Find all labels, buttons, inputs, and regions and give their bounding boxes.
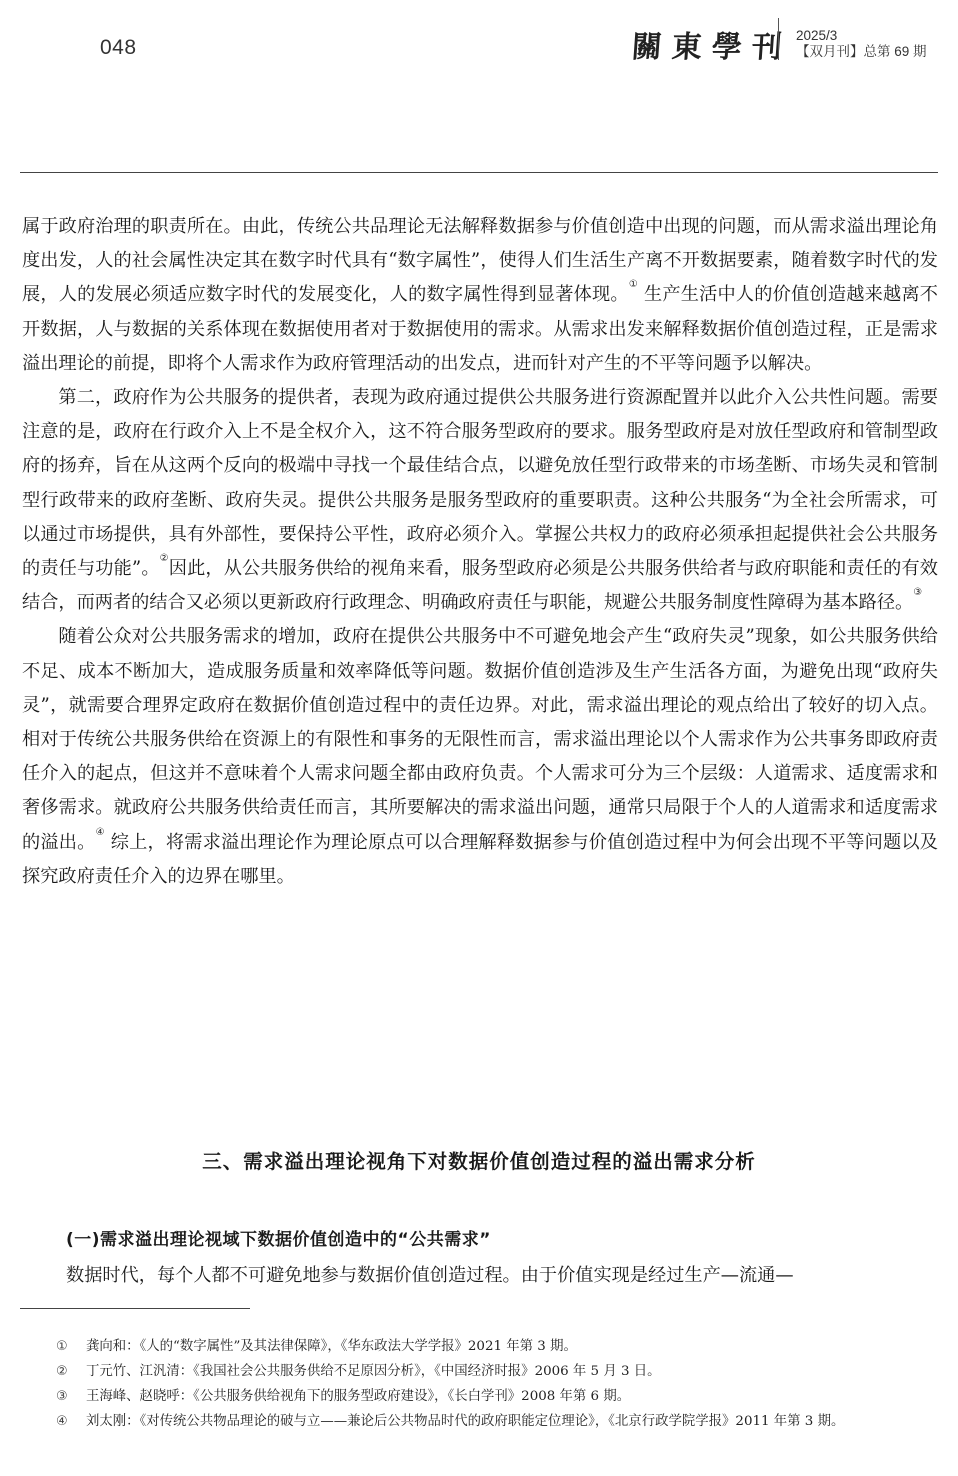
masthead-divider bbox=[778, 18, 779, 60]
subsection-first-line: 数据时代，每个人都不可避免地参与数据价值创造过程。由于价值实现是经过生产—流通— bbox=[66, 1261, 938, 1291]
issue-info: 2025/3 【双月刊】总第 69 期 bbox=[796, 28, 927, 60]
footnote-text: 王海峰、赵晓呼：《公共服务供给视角下的服务型政府建设》，《长白学刊》2008 年… bbox=[86, 1389, 630, 1404]
journal-masthead: 關東學刊 bbox=[630, 22, 793, 66]
footnote-text: 丁元竹、江汎清：《我国社会公共服务供给不足原因分析》，《中国经济时报》2006 … bbox=[86, 1364, 661, 1379]
footnote-item: ④刘太刚：《对传统公共物品理论的破与立——兼论后公共物品时代的政府职能定位理论》… bbox=[22, 1409, 938, 1434]
page-number: 048 bbox=[100, 36, 137, 60]
footnote-marker: ③ bbox=[56, 1384, 86, 1409]
footnote-marker: ④ bbox=[56, 1409, 86, 1434]
paragraph-text: 综上，将需求溢出理论作为理论原点可以合理解释数据参与价值创造过程中为何会出现不平… bbox=[22, 832, 938, 887]
footnote-text: 龚向和：《人的“数字属性”及其法律保障》，《华东政法大学学报》2021 年第 3… bbox=[86, 1339, 577, 1354]
paragraph-text: 第二，政府作为公共服务的提供者，表现为政府通过提供公共服务进行资源配置并以此介入… bbox=[22, 387, 938, 579]
footnote-marker: ② bbox=[56, 1359, 86, 1384]
body-text: 属于政府治理的职责所在。由此，传统公共品理论无法解释数据参与价值创造中出现的问题… bbox=[22, 210, 938, 894]
body-paragraph: 随着公众对公共服务需求的增加，政府在提供公共服务中不可避免地会产生“政府失灵”现… bbox=[22, 620, 938, 894]
section-heading: 三、需求溢出理论视角下对数据价值创造过程的溢出需求分析 bbox=[0, 1146, 958, 1174]
body-paragraph: 属于政府治理的职责所在。由此，传统公共品理论无法解释数据参与价值创造中出现的问题… bbox=[22, 210, 938, 381]
header-rule bbox=[20, 172, 938, 173]
footnote-text: 刘太刚：《对传统公共物品理论的破与立——兼论后公共物品时代的政府职能定位理论》，… bbox=[86, 1414, 844, 1429]
footnote-item: ②丁元竹、江汎清：《我国社会公共服务供给不足原因分析》，《中国经济时报》2006… bbox=[22, 1359, 938, 1384]
footnote-item: ③王海峰、赵晓呼：《公共服务供给视角下的服务型政府建设》，《长白学刊》2008 … bbox=[22, 1384, 938, 1409]
footnote-item: ①龚向和：《人的“数字属性”及其法律保障》，《华东政法大学学报》2021 年第 … bbox=[22, 1334, 938, 1359]
body-paragraph: 第二，政府作为公共服务的提供者，表现为政府通过提供公共服务进行资源配置并以此介入… bbox=[22, 381, 938, 620]
footnote-reference[interactable]: ① bbox=[629, 279, 638, 290]
footnote-marker: ① bbox=[56, 1334, 86, 1359]
footnote-reference[interactable]: ③ bbox=[913, 587, 922, 598]
footnote-reference[interactable]: ④ bbox=[96, 827, 105, 838]
paragraph-text: 随着公众对公共服务需求的增加，政府在提供公共服务中不可避免地会产生“政府失灵”现… bbox=[22, 626, 938, 852]
issue-detail: 【双月刊】总第 69 期 bbox=[796, 44, 927, 60]
footnote-reference[interactable]: ② bbox=[160, 553, 169, 564]
subsection-heading: (一)需求溢出理论视域下数据价值创造中的“公共需求” bbox=[66, 1225, 491, 1250]
issue-year: 2025/3 bbox=[796, 28, 927, 44]
footnote-rule bbox=[20, 1308, 250, 1309]
footnotes: ①龚向和：《人的“数字属性”及其法律保障》，《华东政法大学学报》2021 年第 … bbox=[22, 1334, 938, 1434]
